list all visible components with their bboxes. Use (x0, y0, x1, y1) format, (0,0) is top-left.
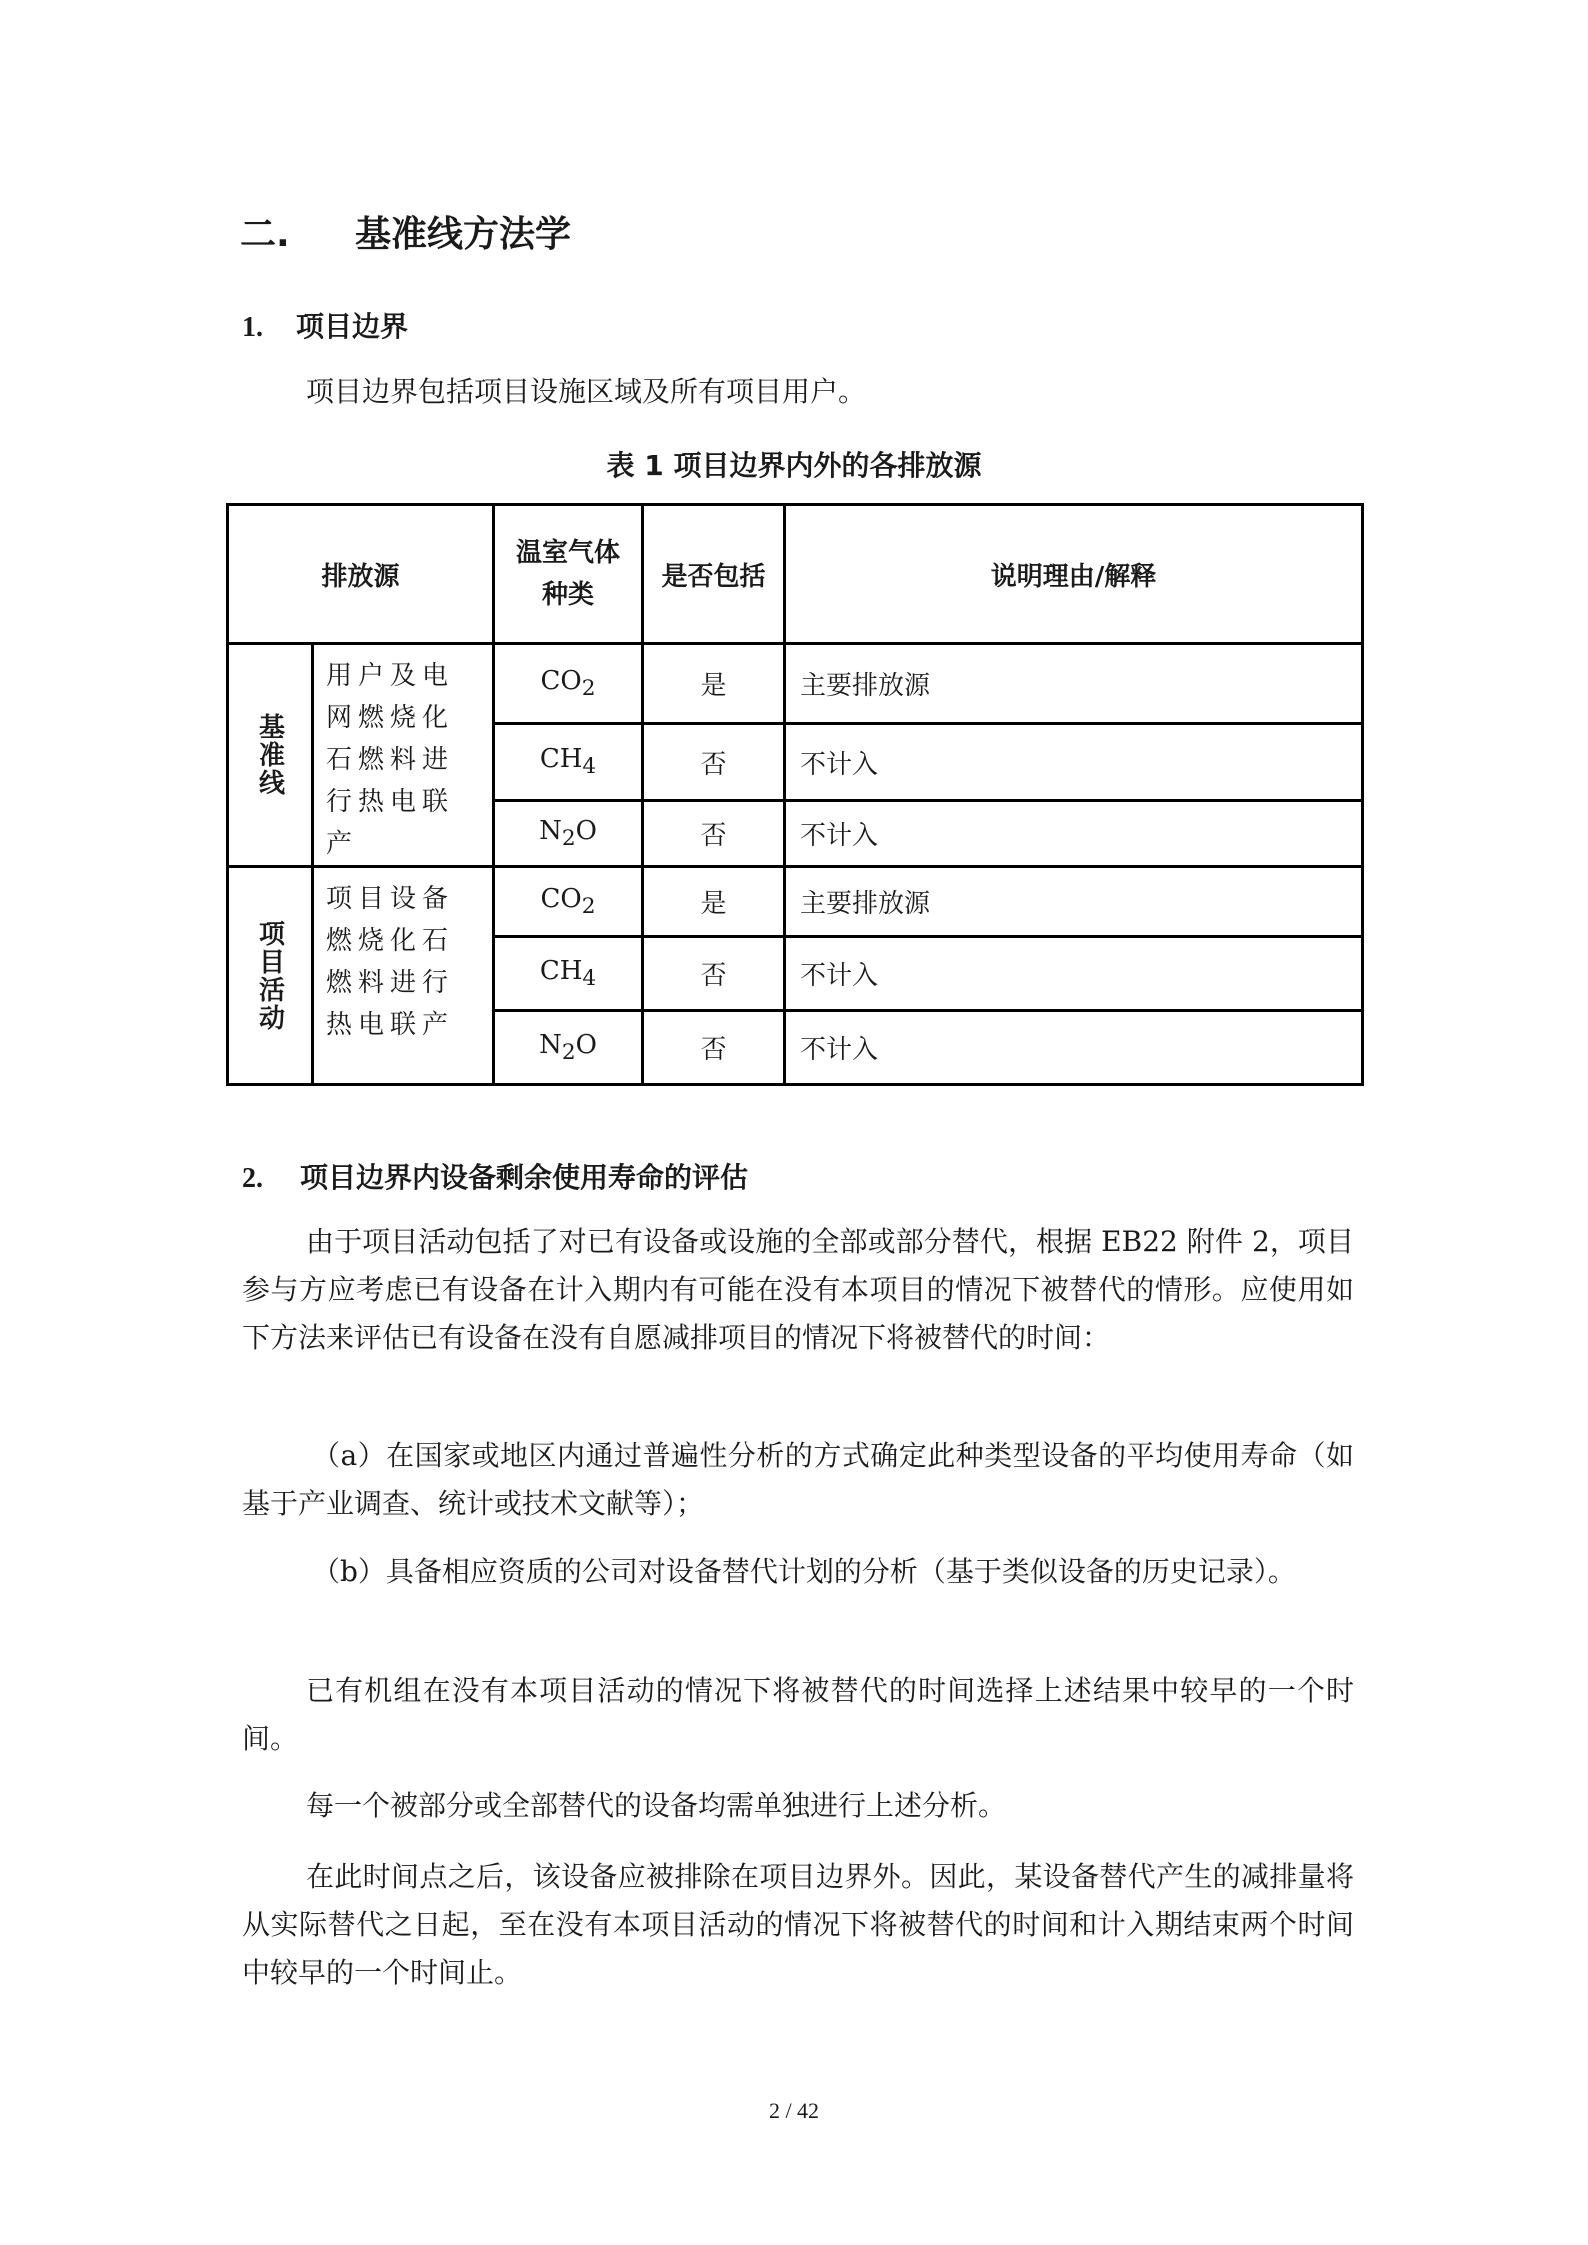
explanation-cell: 主要排放源 (785, 867, 1363, 937)
explanation-cell: 不计入 (785, 723, 1363, 800)
section-title: 基准线方法学 (355, 214, 571, 255)
category-cell: 项目活动 (228, 867, 313, 1085)
emission-sources-table: 排放源 温室气体种类 是否包括 说明理由/解释 基准线 用户及电网燃烧化石燃料进… (226, 503, 1364, 1086)
paragraph-method-a: （a）在国家或地区内通过普遍性分析的方式确定此种类型设备的平均使用寿命（如基于产… (242, 1432, 1354, 1528)
included-cell: 是 (643, 644, 785, 724)
gas-cell: N2O (494, 1011, 643, 1085)
subsection-1-title: 项目边界 (296, 310, 408, 343)
table-header-row: 排放源 温室气体种类 是否包括 说明理由/解释 (228, 505, 1363, 644)
source-description: 用户及电网燃烧化石燃料进行热电联产 (313, 644, 494, 867)
explanation-cell: 主要排放源 (785, 644, 1363, 724)
subsection-2-number: 2. (242, 1163, 300, 1195)
category-cell: 基准线 (228, 644, 313, 867)
section-number: 二. (240, 206, 355, 257)
category-baseline: 基准线 (252, 713, 289, 797)
subsection-2-heading: 2.项目边界内设备剩余使用寿命的评估 (242, 1156, 748, 1196)
included-cell: 否 (643, 1011, 785, 1085)
gas-cell: N2O (494, 801, 643, 867)
gas-cell: CH4 (494, 723, 643, 800)
header-gas-type: 温室气体种类 (494, 505, 643, 644)
subsection-1-heading: 1.项目边界 (242, 305, 408, 345)
category-project-activity: 项目活动 (252, 920, 289, 1032)
boundary-paragraph: 项目边界包括项目设施区域及所有项目用户。 (242, 368, 1354, 416)
explanation-cell: 不计入 (785, 1011, 1363, 1085)
explanation-cell: 不计入 (785, 937, 1363, 1011)
gas-cell: CO2 (494, 867, 643, 937)
included-cell: 否 (643, 937, 785, 1011)
source-description: 项目设备燃烧化石燃料进行热电联产 (313, 867, 494, 1085)
section-heading: 二.基准线方法学 (240, 206, 571, 257)
subsection-1-number: 1. (242, 312, 296, 344)
table-caption: 表 1 项目边界内外的各排放源 (0, 444, 1588, 484)
header-explanation: 说明理由/解释 (785, 505, 1363, 644)
explanation-cell: 不计入 (785, 801, 1363, 867)
included-cell: 否 (643, 723, 785, 800)
included-cell: 否 (643, 801, 785, 867)
table-row: 项目活动 项目设备燃烧化石燃料进行热电联产 CO2 是 主要排放源 (228, 867, 1363, 937)
page-number: 2 / 42 (0, 2098, 1588, 2124)
paragraph-method-b: （b）具备相应资质的公司对设备替代计划的分析（基于类似设备的历史记录）。 (242, 1548, 1354, 1596)
header-source: 排放源 (228, 505, 494, 644)
paragraph-each-equipment: 每一个被部分或全部替代的设备均需单独进行上述分析。 (242, 1782, 1354, 1830)
paragraph-replacement-intro: 由于项目活动包括了对已有设备或设施的全部或部分替代，根据 EB22 附件 2，项… (242, 1218, 1354, 1362)
table-row: 基准线 用户及电网燃烧化石燃料进行热电联产 CO2 是 主要排放源 (228, 644, 1363, 724)
gas-cell: CO2 (494, 644, 643, 724)
paragraph-exclusion: 在此时间点之后，该设备应被排除在项目边界外。因此，某设备替代产生的减排量将从实际… (242, 1853, 1354, 1997)
header-included: 是否包括 (643, 505, 785, 644)
subsection-2-title: 项目边界内设备剩余使用寿命的评估 (300, 1161, 748, 1194)
included-cell: 是 (643, 867, 785, 937)
gas-cell: CH4 (494, 937, 643, 1011)
paragraph-earlier-time: 已有机组在没有本项目活动的情况下将被替代的时间选择上述结果中较早的一个时间。 (242, 1667, 1354, 1763)
